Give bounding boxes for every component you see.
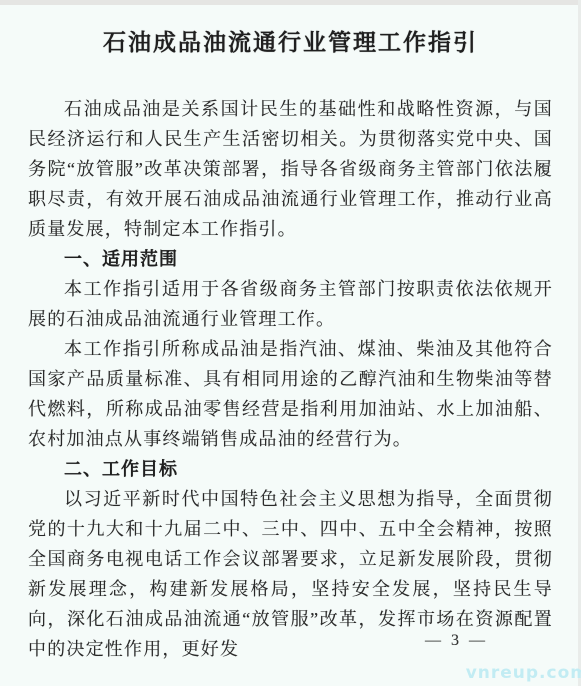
page-number: — 3 —	[425, 632, 488, 650]
section-heading-goals: 二、工作目标	[28, 454, 553, 484]
watermark: vnreup.com	[466, 663, 581, 683]
scanned-document-page: 石油成品油流通行业管理工作指引 石油成品油是关系国计民生的基础性和战略性资源，与…	[28, 0, 553, 664]
document-body: 石油成品油是关系国计民生的基础性和战略性资源，与国民经济运行和人民生产生活密切相…	[28, 94, 553, 664]
section-heading-scope: 一、适用范围	[28, 244, 553, 274]
scope-paragraph-2: 本工作指引所称成品油是指汽油、煤油、柴油及其他符合国家产品质量标准、具有相同用途…	[28, 334, 553, 454]
scope-paragraph-1: 本工作指引适用于各省级商务主管部门按职责依法依规开展的石油成品油流通行业管理工作…	[28, 274, 553, 334]
document-title: 石油成品油流通行业管理工作指引	[28, 27, 553, 59]
intro-paragraph: 石油成品油是关系国计民生的基础性和战略性资源，与国民经济运行和人民生产生活密切相…	[28, 94, 553, 244]
